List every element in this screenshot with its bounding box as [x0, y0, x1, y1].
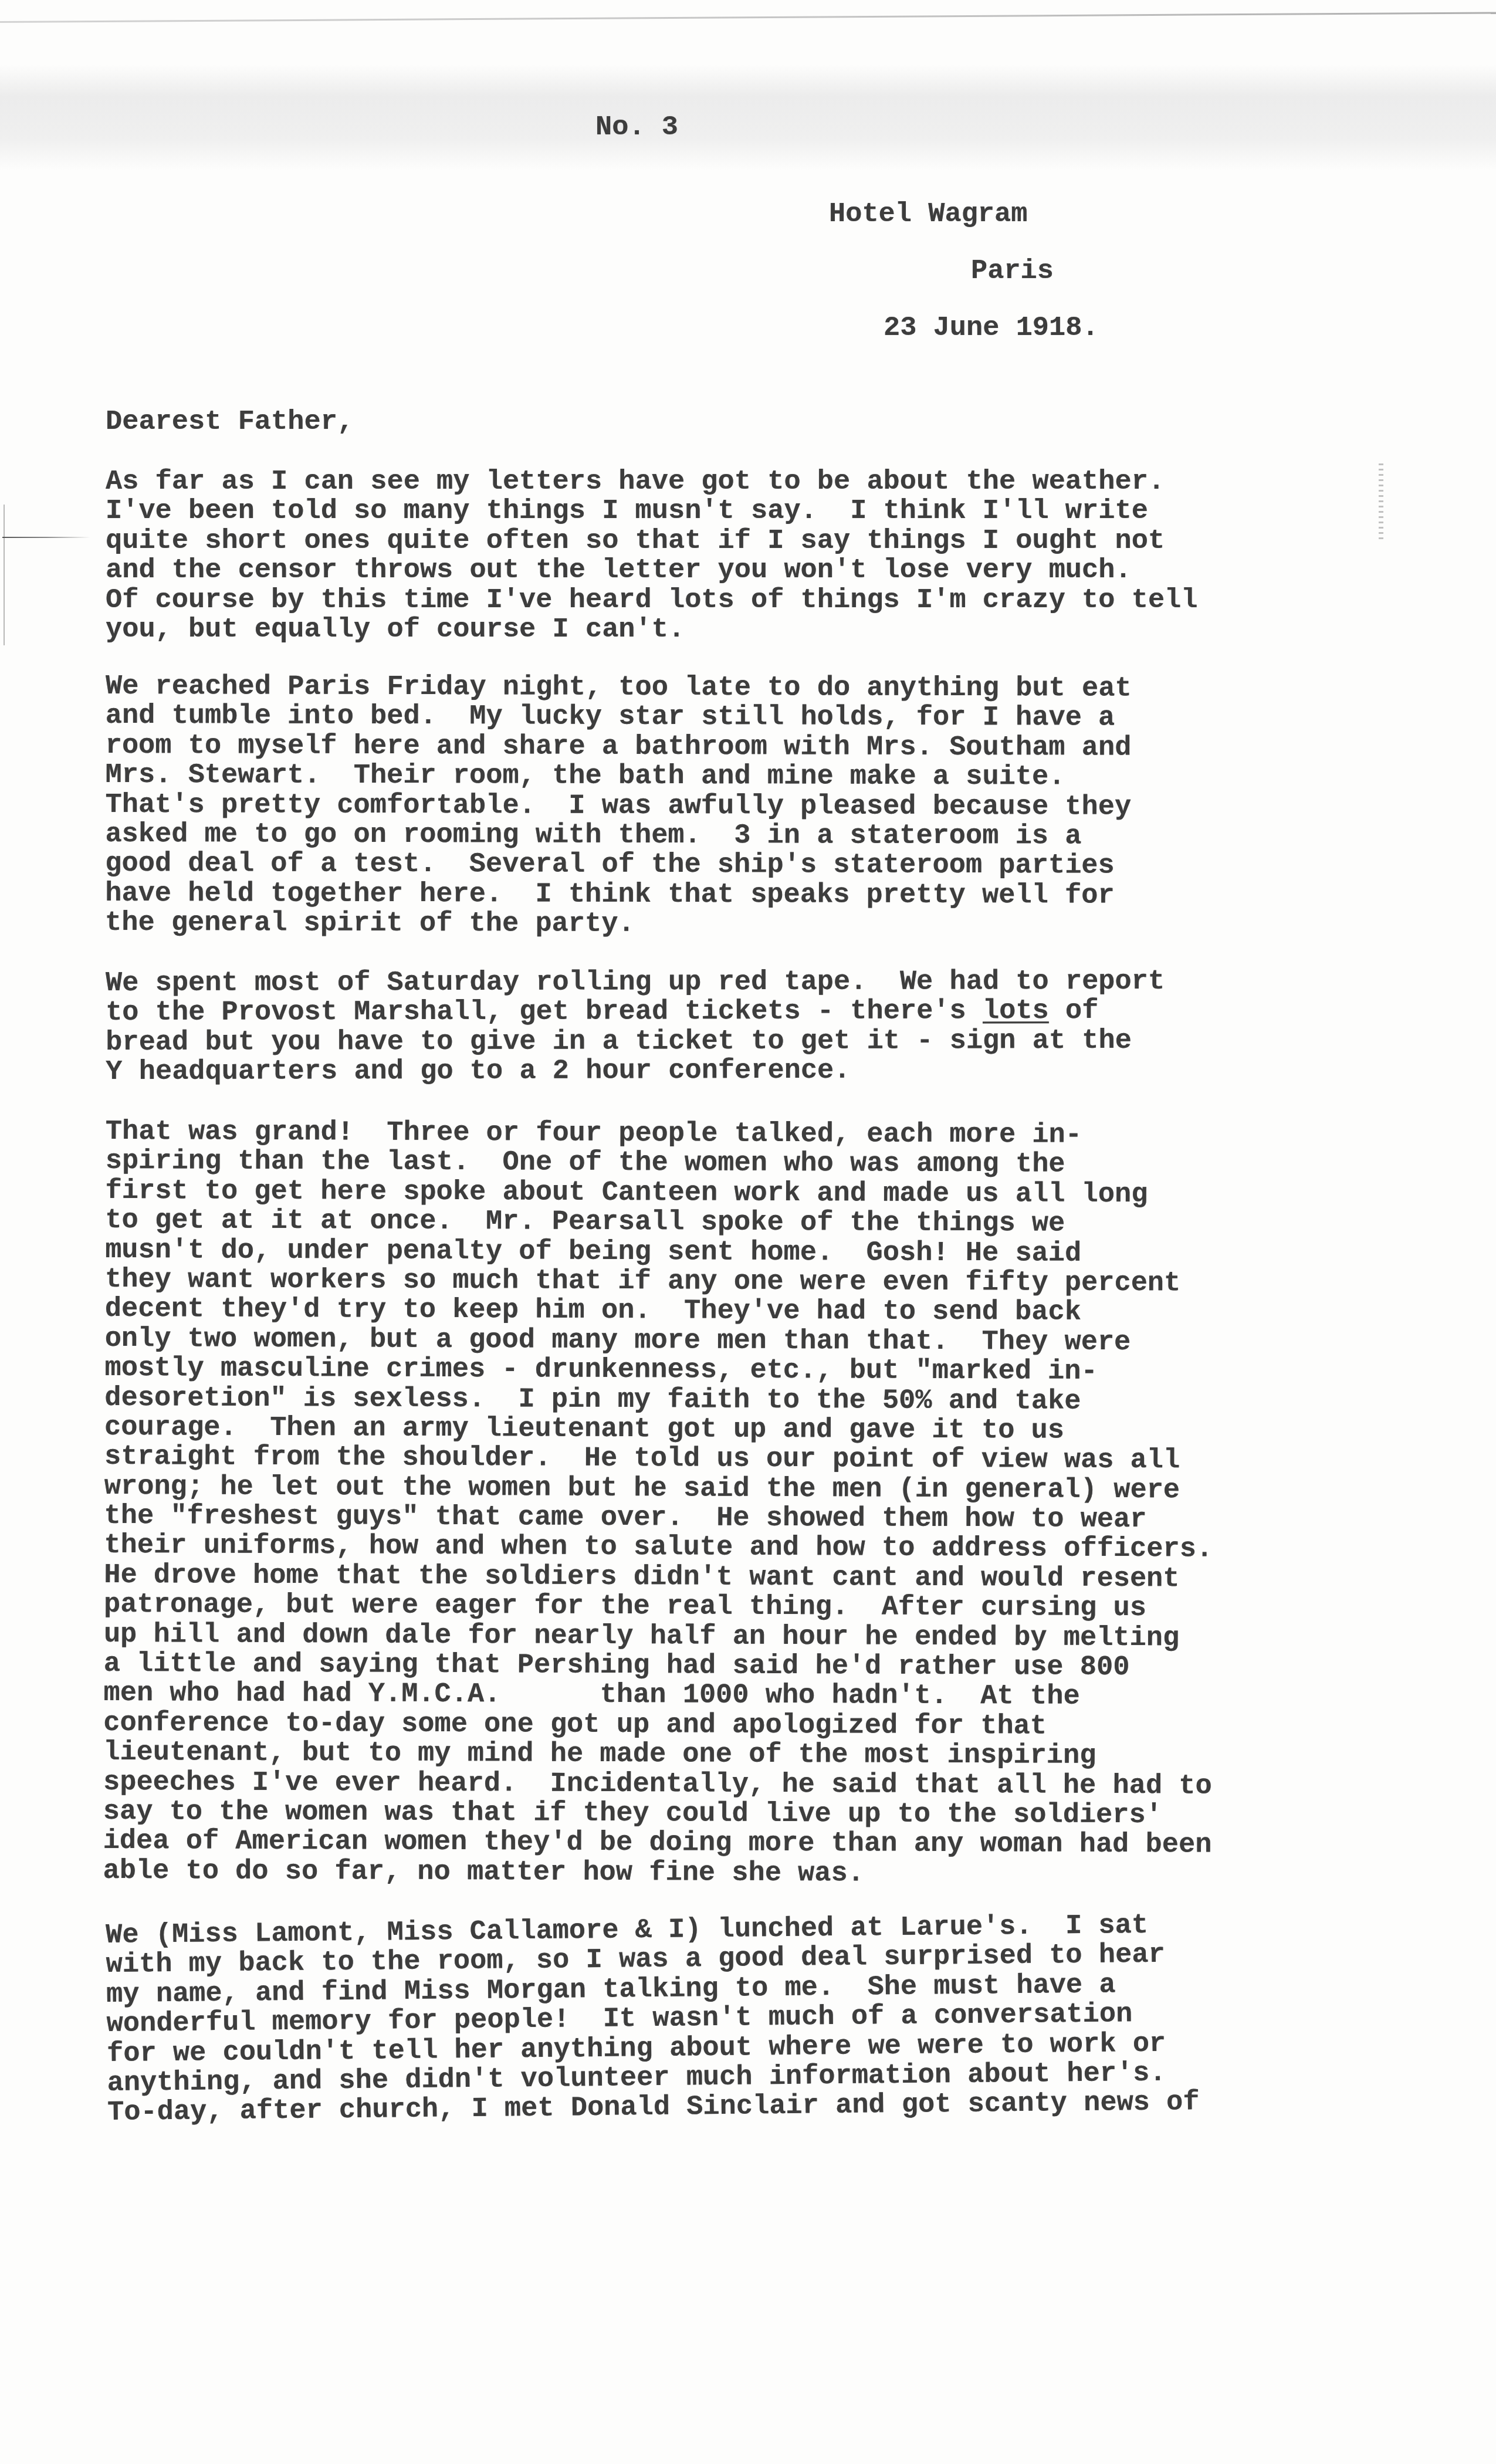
text-line: and tumble into bed. My lucky star still…: [106, 702, 1132, 733]
text-line: bread but you have to give in a ticket t…: [106, 1027, 1165, 1058]
text-line: Of course by this time I've heard lots o…: [106, 586, 1198, 615]
paragraph: We (Miss Lamont, Miss Callamore & I) lun…: [106, 1911, 1200, 2128]
paragraph: As far as I can see my letters have got …: [106, 468, 1198, 645]
text-line: and the censor throws out the letter you…: [106, 556, 1198, 585]
underlined-word: lots: [983, 996, 1049, 1027]
text-line: We reached Paris Friday night, too late …: [106, 672, 1132, 704]
text-line: desoretion" is sexless. I pin my faith t…: [104, 1384, 1213, 1417]
text-line: musn't do, under penalty of being sent h…: [105, 1236, 1214, 1270]
text-line: spiring than the last. One of the women …: [106, 1147, 1214, 1180]
text-line: We spent most of Saturday rolling up red…: [106, 967, 1165, 999]
text-line: patronage, but were eager for the real t…: [104, 1590, 1213, 1624]
text-line: room to myself here and share a bathroom…: [106, 732, 1132, 763]
text-line: you, but equally of course I can't.: [106, 615, 1198, 645]
scan-specks: [1379, 463, 1383, 540]
address-hotel: Hotel Wagram: [829, 200, 1027, 229]
text-line: That's pretty comfortable. I was awfully…: [105, 791, 1131, 823]
text-line: asked me to go on rooming with them. 3 i…: [105, 820, 1131, 852]
text-line: able to do so far, no matter how fine sh…: [103, 1857, 1211, 1890]
address-city: Paris: [971, 257, 1054, 286]
scan-top-edge: [0, 12, 1496, 23]
text-line: quite short ones quite often so that if …: [106, 527, 1198, 556]
text-line: men who had had Y.M.C.A. than 1000 who h…: [103, 1679, 1212, 1712]
scan-shading-band: [0, 65, 1496, 170]
text-line: to the Provost Marshall, get bread ticke…: [106, 997, 1165, 1028]
letter-number: No. 3: [595, 113, 678, 143]
margin-rule: [4, 505, 5, 645]
text-line: Mrs. Stewart. Their room, the bath and m…: [106, 761, 1132, 793]
text-line: straight from the shoulder. He told us o…: [104, 1443, 1213, 1476]
text-line: to get at it at once. Mr. Pearsall spoke…: [105, 1206, 1214, 1240]
text-line: have held together here. I think that sp…: [105, 879, 1131, 911]
paragraph: We reached Paris Friday night, too late …: [105, 672, 1132, 940]
text-line: decent they'd try to keep him on. They'v…: [105, 1295, 1214, 1328]
paragraph: That was grand! Three or four people tal…: [103, 1118, 1214, 1890]
text-line: As far as I can see my letters have got …: [106, 468, 1198, 497]
salutation: Dearest Father,: [106, 408, 354, 437]
text-line: the general spirit of the party.: [105, 909, 1131, 940]
letter-page: No. 3 Hotel Wagram Paris 23 June 1918. D…: [0, 0, 1496, 2464]
text-line: I've been told so many things I musn't s…: [106, 497, 1198, 526]
text-line: lieutenant, but to my mind he made one o…: [103, 1738, 1212, 1772]
margin-mark: [2, 537, 90, 538]
letter-date: 23 June 1918.: [884, 314, 1099, 343]
text-line: Y headquarters and go to a 2 hour confer…: [106, 1056, 1165, 1088]
text-line: good deal of a test. Several of the ship…: [105, 849, 1131, 881]
text-line: idea of American women they'd be doing m…: [103, 1827, 1212, 1860]
paragraph: We spent most of Saturday rolling up red…: [106, 967, 1165, 1088]
text-line: their uniforms, how and when to salute a…: [104, 1531, 1213, 1565]
text-line: mostly masculine crimes - drunkenness, e…: [104, 1354, 1213, 1387]
